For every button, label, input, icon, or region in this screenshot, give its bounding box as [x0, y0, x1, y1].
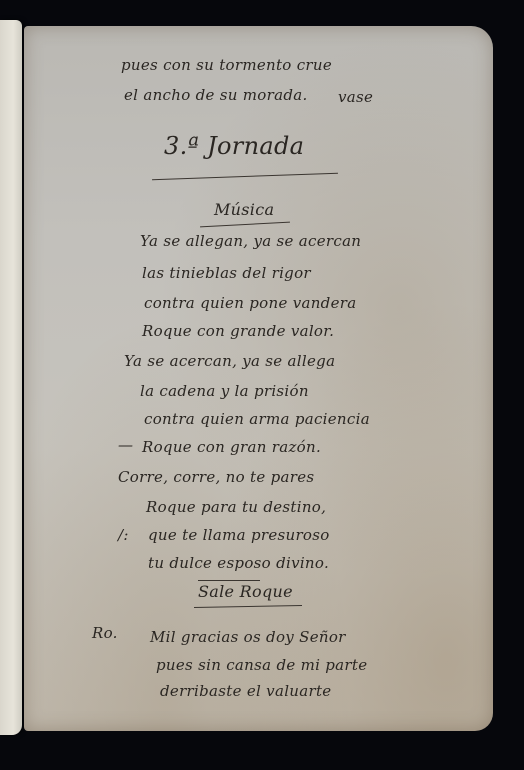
verse-line: Ya se acercan, ya se allega — [124, 352, 335, 370]
act-heading: 3.ª Jornada — [164, 132, 304, 160]
section-overline — [198, 580, 260, 581]
margin-mark: — — [118, 436, 133, 454]
speaker-label: Ro. — [92, 624, 118, 642]
section-title-sale-roque: Sale Roque — [198, 582, 293, 601]
section-underline — [200, 222, 290, 228]
margin-mark: /: — [118, 526, 129, 544]
facing-page-edge — [0, 20, 22, 735]
verse-line: Roque con gran razón. — [142, 438, 321, 456]
verse-line: que te llama presuroso — [148, 526, 330, 544]
verse-line: la cadena y la prisión — [140, 382, 309, 400]
verse-line: las tinieblas del rigor — [142, 264, 311, 282]
verse-line: pues sin cansa de mi parte — [156, 656, 367, 674]
manuscript-page: pues con su tormento crue el ancho de su… — [24, 26, 493, 731]
verse-line: Corre, corre, no te pares — [118, 468, 314, 486]
manuscript-line: el ancho de su morada. — [124, 86, 308, 104]
verse-line: Mil gracias os doy Señor — [150, 628, 346, 646]
verse-line: Roque para tu destino, — [146, 498, 326, 516]
manuscript-line: pues con su tormento crue — [121, 56, 332, 74]
verse-line: Ya se allegan, ya se acercan — [140, 232, 361, 250]
heading-underline — [152, 173, 338, 180]
stage-direction: vase — [338, 88, 373, 106]
verse-line: derribaste el valuarte — [160, 682, 331, 700]
verse-line: tu dulce esposo divino. — [148, 554, 329, 572]
verse-line: Roque con grande valor. — [142, 322, 334, 340]
verse-line: contra quien arma paciencia — [144, 410, 370, 428]
section-title-musica: Música — [214, 200, 274, 219]
section-underline — [194, 605, 302, 608]
verse-line: contra quien pone vandera — [144, 294, 356, 312]
